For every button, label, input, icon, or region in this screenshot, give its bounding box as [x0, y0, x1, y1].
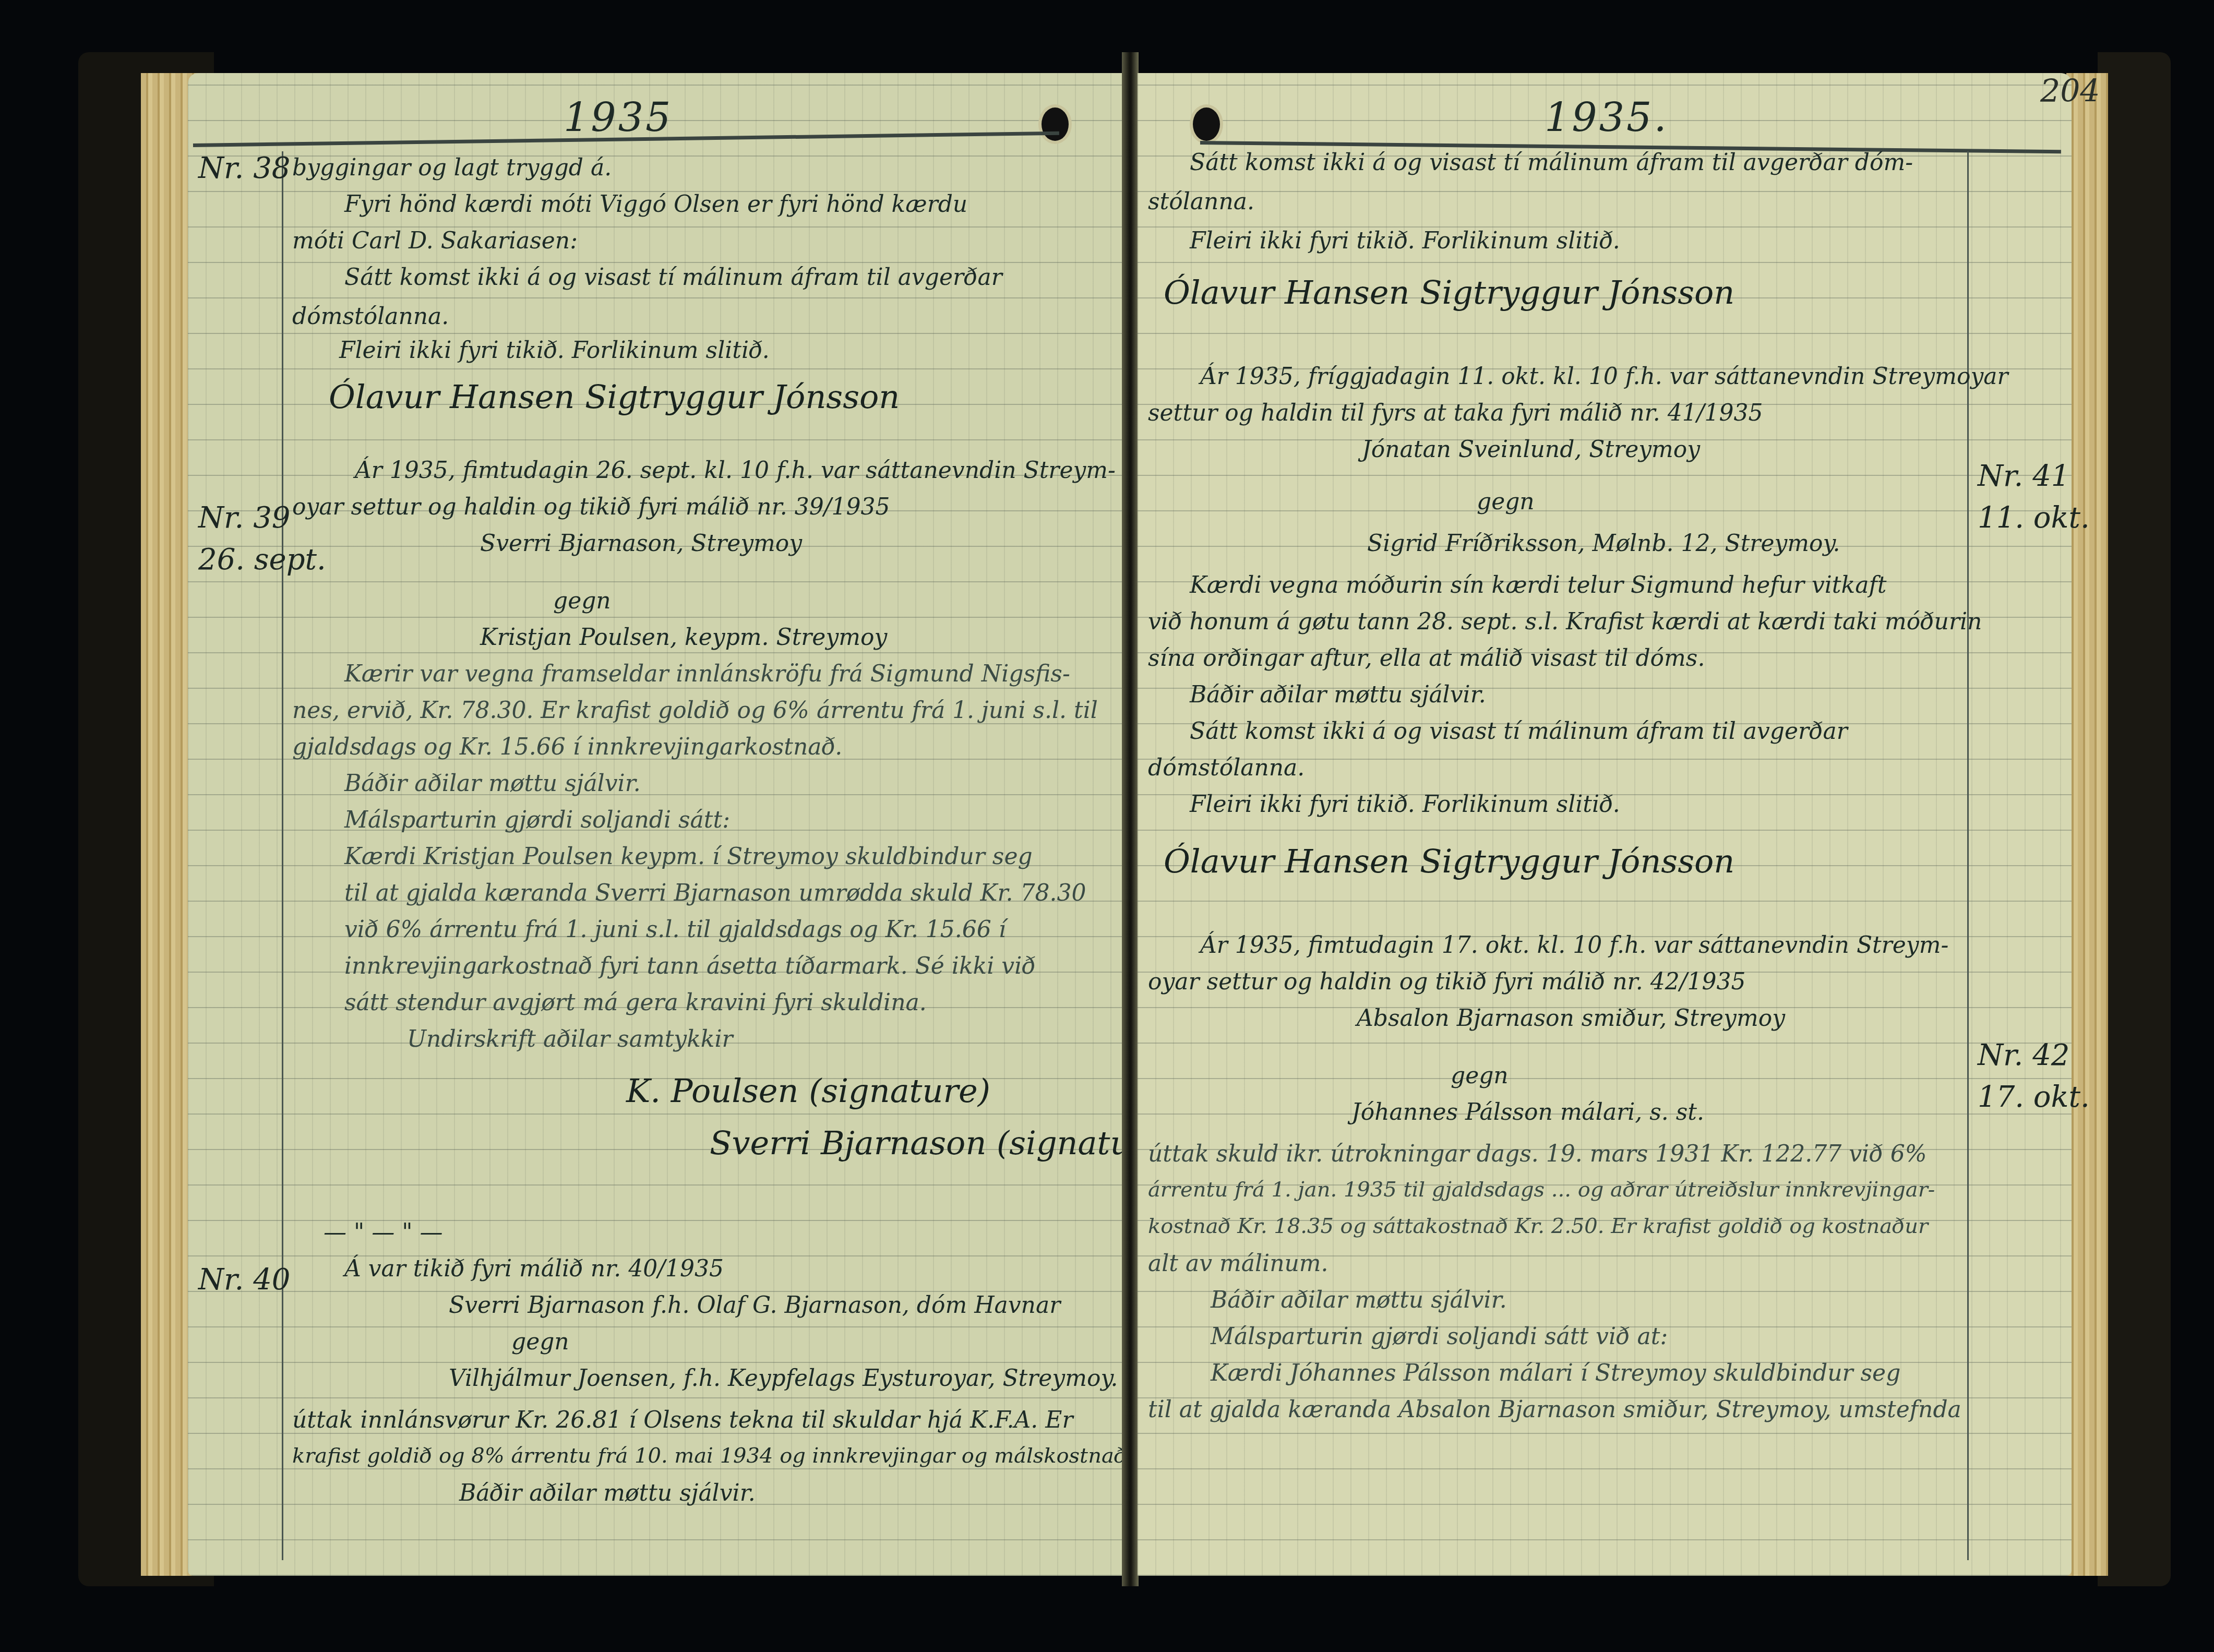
case-number: Nr. 40	[198, 1263, 290, 1297]
case-number: Nr. 42	[1978, 1038, 2069, 1072]
margin-line	[1967, 151, 1969, 1560]
case-date: 11. okt.	[1978, 501, 2090, 535]
text-line: Sátt komst ikki á og visast tí málinum á…	[1190, 151, 1913, 174]
text-line: Báðir aðilar møttu sjálvir.	[1211, 1289, 1507, 1312]
text-line: byggingar og lagt tryggd á.	[292, 157, 612, 179]
text-line: Kærdi Jóhannes Pálsson málari í Streymoy…	[1211, 1362, 1900, 1385]
text-line: Málsparturin gjørdi soljandi sátt:	[344, 809, 730, 832]
text-line: settur og haldin til fyrs at taka fyri m…	[1148, 402, 1763, 425]
text-line: krafist goldið og 8% árrentu frá 10. mai…	[292, 1445, 1154, 1466]
plaintiff: Jónatan Sveinlund, Streymoy	[1362, 438, 1700, 461]
text-line: dómstólanna.	[1148, 757, 1305, 780]
text-line: Undirskrift aðilar samtykkir	[407, 1028, 733, 1051]
text-line: úttak innlánsvørur Kr. 26.81 í Olsens te…	[292, 1409, 1073, 1432]
text-line: árrentu frá 1. jan. 1935 til gjaldsdags …	[1148, 1179, 1935, 1200]
defendant: Sigrid Fríðriksson, Mølnb. 12, Streymoy.	[1367, 532, 1840, 555]
case-number: Nr. 41	[1978, 459, 2069, 493]
text-line: Ár 1935, fríggjadagin 11. okt. kl. 10 f.…	[1200, 365, 2008, 388]
punch-hole	[1190, 104, 1223, 144]
signature: Sverri Bjarnason (signature)	[710, 1127, 1178, 1159]
case-number: Nr. 38	[198, 151, 290, 185]
left-page: 1935 Nr. 38 Nr. 39 26. sept. Nr. 40 bygg…	[188, 73, 1127, 1576]
gegn: gegn	[511, 1331, 569, 1354]
text-line: nes, ervið, Kr. 78.30. Er krafist goldið…	[292, 699, 1098, 722]
text-line: við 6% árrentu frá 1. juni s.l. til gjal…	[344, 918, 1006, 941]
gegn: gegn	[1451, 1064, 1509, 1087]
text-line: Kærir var vegna framseldar innlánskröfu …	[344, 663, 1070, 686]
plaintiff: Sverri Bjarnason f.h. Olaf G. Bjarnason,…	[449, 1294, 1060, 1317]
case-date: 26. sept.	[198, 543, 326, 577]
page-edges-right	[2066, 73, 2108, 1576]
text-line: Kærdi vegna móðurin sín kærdi telur Sigm…	[1190, 574, 1886, 597]
gegn: gegn	[1477, 490, 1535, 513]
text-line: gjaldsdags og Kr. 15.66 í innkrevjingark…	[292, 736, 842, 759]
signature: K. Poulsen (signature)	[626, 1075, 990, 1107]
plaintiff: Absalon Bjarnason smiður, Streymoy	[1357, 1007, 1785, 1030]
defendant: Vilhjálmur Joensen, f.h. Keypfelags Eyst…	[449, 1367, 1118, 1390]
text-line: sína orðingar aftur, ella at málið visas…	[1148, 647, 1705, 670]
text-line: kostnað Kr. 18.35 og sáttakostnað Kr. 2.…	[1148, 1216, 1928, 1237]
book-gutter	[1122, 52, 1139, 1586]
text-line: Ár 1935, fimtudagin 26. sept. kl. 10 f.h…	[355, 459, 1116, 482]
gegn: gegn	[553, 590, 611, 613]
signature-line: Ólavur Hansen Sigtryggur Jónsson	[329, 381, 900, 413]
text-line: við honum á gøtu tann 28. sept. s.l. Kra…	[1148, 610, 1982, 633]
text-line: innkrevjingarkostnað fyri tann ásetta tí…	[344, 955, 1036, 978]
punch-hole	[1038, 104, 1072, 144]
year-header: 1935.	[1545, 94, 1669, 140]
text-line: Kærdi Kristjan Poulsen keypm. í Streymoy…	[344, 845, 1033, 868]
signature-line: Ólavur Hansen Sigtryggur Jónsson	[1164, 277, 1734, 309]
text-line: til at gjalda kæranda Sverri Bjarnason u…	[344, 882, 1086, 905]
text-line: Málsparturin gjørdi soljandi sátt við at…	[1211, 1325, 1668, 1348]
book-cover-right	[2098, 52, 2171, 1586]
text-line: Fleiri ikki fyri tikið. Forlikinum sliti…	[1190, 793, 1620, 816]
text-line: Báðir aðilar møttu sjálvir.	[459, 1482, 756, 1505]
text-line: oyar settur og haldin og tikið fyri máli…	[292, 496, 890, 519]
text-line: Á var tikið fyri málið nr. 40/1935	[344, 1258, 724, 1280]
text-line: Ár 1935, fimtudagin 17. okt. kl. 10 f.h.…	[1200, 934, 1948, 957]
defendant: Kristjan Poulsen, keypm. Streymoy	[480, 626, 887, 649]
signature-line: Ólavur Hansen Sigtryggur Jónsson	[1164, 845, 1734, 878]
text-line: Fleiri ikki fyri tikið. Forlikinum sliti…	[339, 339, 770, 362]
text-line: móti Carl D. Sakariasen:	[292, 230, 578, 253]
defendant: Jóhannes Pálsson málari, s. st.	[1351, 1101, 1704, 1124]
plaintiff: Sverri Bjarnason, Streymoy	[480, 532, 802, 555]
separator: — " — " —	[324, 1221, 442, 1244]
text-line: úttak skuld ikr. útrokningar dags. 19. m…	[1148, 1143, 1926, 1166]
text-line: Sátt komst ikki á og visast tí málinum á…	[344, 266, 1002, 289]
text-line: Báðir aðilar møttu sjálvir.	[1190, 684, 1486, 707]
text-line: Fleiri ikki fyri tikið. Forlikinum sliti…	[1190, 230, 1620, 253]
text-line: oyar settur og haldin og tikið fyri máli…	[1148, 971, 1746, 993]
text-line: alt av málinum.	[1148, 1252, 1329, 1275]
margin-line	[282, 151, 283, 1560]
page-number: 204	[2040, 73, 2100, 110]
text-line: dómstólanna.	[292, 305, 449, 328]
text-line: til at gjalda kæranda Absalon Bjarnason …	[1148, 1398, 1961, 1421]
case-date: 17. okt.	[1978, 1080, 2090, 1114]
text-line: Báðir aðilar møttu sjálvir.	[344, 772, 641, 795]
text-line: sátt stendur avgjørt má gera kravini fyr…	[344, 991, 927, 1014]
text-line: Fyri hönd kærdi móti Viggó Olsen er fyri…	[344, 193, 967, 216]
year-header: 1935	[564, 94, 673, 140]
text-line: Sátt komst ikki á og visast tí málinum á…	[1190, 720, 1848, 743]
text-line: stólanna.	[1148, 190, 1254, 213]
right-page: 1935. 204 Nr. 41 11. okt. Nr. 42 17. okt…	[1138, 73, 2072, 1576]
case-number: Nr. 39	[198, 501, 290, 535]
